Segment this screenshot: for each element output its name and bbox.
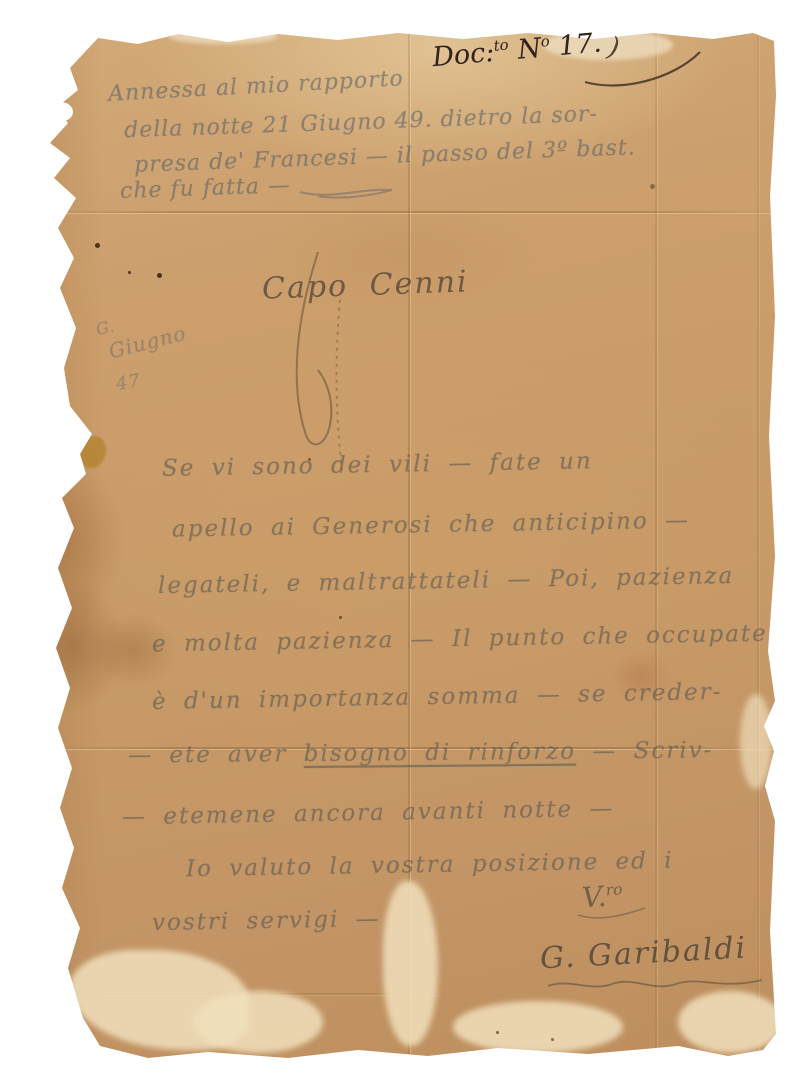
salutation: Capo Cenni (261, 264, 469, 306)
edge-abrasion-top-left (168, 28, 278, 44)
doc-number-mid: N (508, 33, 543, 67)
fold-crease-horizontal-top (28, 211, 776, 213)
body-line-6-underlined: bisogno di rinforzo (304, 739, 577, 767)
edge-abrasion-right (740, 694, 772, 789)
body-line-6: — ete aver bisogno di rinforzo — Scriv- (128, 737, 714, 768)
photo-of-letter: Doc:to No 17. ) Annessa al mio rapporto … (0, 0, 798, 1080)
water-stain-bottom-left-2 (193, 991, 323, 1053)
mustard-stain (80, 436, 106, 468)
paper-specks (56, 52, 59, 55)
body-line-9: vostri servigi — (152, 906, 381, 936)
doc-number-sup-to: to (493, 36, 509, 55)
doc-number-prefix: Doc: (431, 37, 496, 73)
torn-hole-large (50, 102, 73, 121)
body-line-6-pre: — ete aver (128, 741, 304, 769)
valediction: V.ro (581, 879, 624, 915)
margin-note-line-1: G. (94, 316, 117, 339)
valediction-sup: ro (605, 880, 623, 899)
valediction-base: V. (581, 880, 607, 915)
water-stain-bottom-center (453, 1001, 623, 1053)
fold-crease-vertical-edge (757, 26, 759, 1058)
tear-shadow (46, 90, 58, 99)
margin-note-line-3: 47 (114, 370, 142, 395)
fold-crease-vertical-right (655, 26, 657, 1058)
water-stain-bottom-right (678, 991, 783, 1053)
water-drip-center (383, 881, 438, 1046)
torn-hole-small (43, 72, 52, 80)
body-line-6-post: — Scriv- (576, 737, 714, 764)
doc-number-value: 17. (549, 27, 603, 62)
